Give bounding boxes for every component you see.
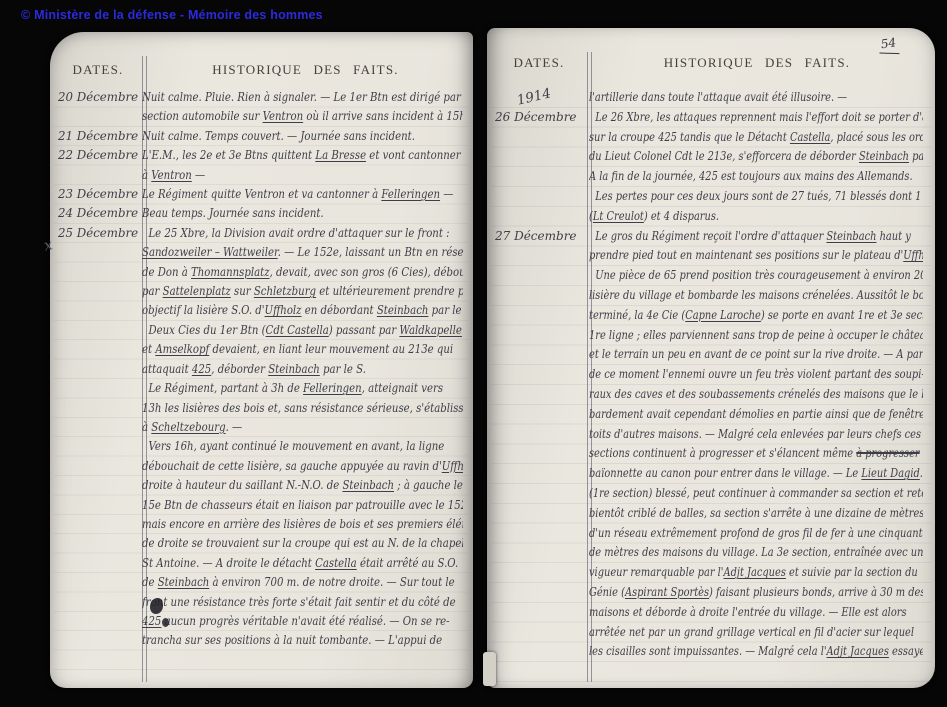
handwritten-line: à Scheltzebourg. — [142,418,418,437]
page-number: 54 [880,33,903,56]
entry-date: 20 Décembre [50,88,142,107]
handwritten-line: de ce moment l'ennemi ouvre un feu très … [589,365,863,385]
handwritten-line: 425 aucun progrès véritable n'avait été … [142,612,418,631]
handwritten-line: Les pertes pour ces deux jours sont de 2… [589,187,863,207]
handwritten-line: Sandozweiler – Wattweiler. — Le 152e, la… [142,243,418,262]
handwritten-line: terminé, la 4e Cie (Capne Laroche) se po… [589,306,863,326]
dates-column-header: DATES. [52,62,144,78]
entry-text: Le 25 Xbre, la Division avait ordre d'at… [142,224,463,651]
diary-entry: 25 Décembre Le 25 Xbre, la Division avai… [50,224,463,651]
handwritten-line: trancha sur ses positions à la nuit tomb… [142,631,418,650]
handwritten-line: sections continuent à progresser et s'él… [589,444,863,464]
handwritten-line: section automobile sur Ventron où il arr… [142,107,418,126]
entry-date: 23 Décembre [50,185,142,204]
handwritten-line: prendre pied tout en maintenant ses posi… [589,246,863,266]
handwritten-line: bientôt criblé de balles, sa section s'a… [589,504,863,524]
handwritten-line: objectif la lisière S.O. d'Uffholz en dé… [142,301,418,320]
handwritten-line: les cisailles sont impuissantes. — Malgr… [589,642,863,662]
handwritten-line: du Lieut Colonel Cdt le 213e, s'efforcer… [589,147,863,167]
handwritten-line: de droite se trouvaient sur la croupe qu… [142,534,418,553]
handwritten-line: front une résistance très forte s'était … [142,593,418,612]
handwritten-line: maisons et déborde à droite l'entrée du … [589,603,863,623]
handwritten-line: l'artillerie dans toute l'attaque avait … [589,88,863,108]
handwritten-line: Vers 16h, ayant continué le mouvement en… [142,437,418,456]
handwritten-line: et le terrain un peu en avant de ce poin… [589,345,863,365]
handwritten-line: Le Régiment, partant à 3h de Felleringen… [142,379,418,398]
diary-entry: 23 DécembreLe Régiment quitte Ventron et… [50,185,463,204]
entry-text: Le Régiment quitte Ventron et va cantonn… [142,185,463,204]
entry-date: 27 Décembre [487,227,589,247]
entry-date: 21 Décembre [50,127,142,146]
handwritten-line: raux des caves et des soubassements crén… [589,385,863,405]
entry-date: 22 Décembre [50,146,142,165]
handwritten-line: et Amselkopf devaient, en liant leur mou… [142,340,418,359]
handwritten-line: (Lt Creulot) et 4 disparus. [589,207,863,227]
handwritten-line: 13h les lisières des bois et, sans résis… [142,399,418,418]
diary-entry: 21 DécembreNuit calme. Temps couvert. — … [50,127,463,146]
right-page-entries: 1914l'artillerie dans toute l'attaque av… [487,88,923,662]
scanned-document-viewer: © Ministère de la défense - Mémoire des … [0,0,947,707]
entry-date: 1914 [487,88,589,108]
handwritten-line: arrêtée net par un grand grillage vertic… [589,623,863,643]
entry-text: Nuit calme. Temps couvert. — Journée san… [142,127,463,146]
handwritten-line: Une pièce de 65 prend position très cour… [589,266,863,286]
entry-text: L'E.M., les 2e et 3e Btns quittent La Br… [142,146,463,185]
handwritten-line: mais encore en arrière des lisières de b… [142,515,418,534]
left-page-entries: 20 DécembreNuit calme. Pluie. Rien à sig… [50,88,463,651]
right-page: 54 DATES. HISTORIQUE DES FAITS. 1914l'ar… [487,28,935,688]
handwritten-line: lisière du village et bombarde les maiso… [589,286,863,306]
entry-text: Beau temps. Journée sans incident. [142,204,463,223]
handwritten-line: Deux Cies du 1er Btn (Cdt Castella) pass… [142,321,418,340]
handwritten-line: de Don à Thomannsplatz, devait, avec son… [142,263,418,282]
handwritten-line: vigueur remarquable par l'Adjt Jacques e… [589,563,863,583]
handwritten-line: Génie (Aspirant Sportès) faisant plusieu… [589,583,863,603]
handwritten-line: 15e Btn de chasseurs était en liaison pa… [142,496,418,515]
handwritten-line: Nuit calme. Temps couvert. — Journée san… [142,127,418,146]
entry-text: Le 26 Xbre, les attaques reprennent mais… [589,108,923,227]
copyright-banner: © Ministère de la défense - Mémoire des … [21,8,323,22]
dates-column-header: DATES. [491,55,587,71]
diary-entry: 22 DécembreL'E.M., les 2e et 3e Btns qui… [50,146,463,185]
handwritten-line: L'E.M., les 2e et 3e Btns quittent La Br… [142,146,418,165]
handwritten-line: 1re ligne ; elles parviennent sans trop … [589,326,863,346]
handwritten-line: Le Régiment quitte Ventron et va cantonn… [142,185,418,204]
handwritten-line: d'un réseau extrêmement profond de gros … [589,524,863,544]
handwritten-line: attaquait 425, déborder Steinbach par le… [142,360,418,379]
handwritten-line: Le 25 Xbre, la Division avait ordre d'at… [142,224,418,243]
entry-text: Nuit calme. Pluie. Rien à signaler. — Le… [142,88,463,127]
diary-entry: 27 Décembre Le gros du Régiment reçoit l… [487,227,923,663]
handwritten-line: Le 26 Xbre, les attaques reprennent mais… [589,108,863,128]
diary-entry: 1914l'artillerie dans toute l'attaque av… [487,88,923,108]
entry-date: 25 Décembre [50,224,142,243]
ink-blot [162,618,169,627]
handwritten-line: Beau temps. Journée sans incident. [142,204,418,223]
handwritten-line: Le gros du Régiment reçoit l'ordre d'att… [589,227,863,247]
handwritten-line: droite à hauteur du saillant N.-N.O. de … [142,476,418,495]
handwritten-line: par Sattelenplatz sur Schletzburg et ult… [142,282,418,301]
handwritten-line: débouchait de cette lisière, sa gauche a… [142,457,418,476]
left-page: DATES. HISTORIQUE DES FAITS. 20 Décembre… [50,32,473,688]
handwritten-line: toits d'autres maisons. — Malgré cela en… [589,425,863,445]
historique-column-header: HISTORIQUE DES FAITS. [150,62,461,78]
handwritten-line: à Ventron — [142,166,418,185]
diary-entry: 20 DécembreNuit calme. Pluie. Rien à sig… [50,88,463,127]
entry-text: l'artillerie dans toute l'attaque avait … [589,88,923,108]
diary-entry: 26 Décembre Le 26 Xbre, les attaques rep… [487,108,923,227]
entry-text: Le gros du Régiment reçoit l'ordre d'att… [589,227,923,663]
handwritten-line: baïonnette au canon pour entrer dans le … [589,464,863,484]
handwritten-line: Nuit calme. Pluie. Rien à signaler. — Le… [142,88,418,107]
handwritten-line: sur la croupe 425 tandis que le Détacht … [589,128,863,148]
handwritten-line: de Steinbach à environ 700 m. de notre d… [142,573,418,592]
handwritten-line: bardement avait cependant démolies en pa… [589,405,863,425]
binding-tab [483,652,496,686]
handwritten-line: A la fin de la journée, 425 est toujours… [589,167,863,187]
diary-entry: 24 DécembreBeau temps. Journée sans inci… [50,204,463,223]
handwritten-line: St Antoine. — A droite le détacht Castel… [142,554,418,573]
entry-date: 24 Décembre [50,204,142,223]
entry-date: 26 Décembre [487,108,589,128]
handwritten-line: de mètres des maisons du village. La 3e … [589,543,863,563]
historique-column-header: HISTORIQUE DES FAITS. [595,55,919,71]
handwritten-line: (1re section) blessé, peut continuer à c… [589,484,863,504]
